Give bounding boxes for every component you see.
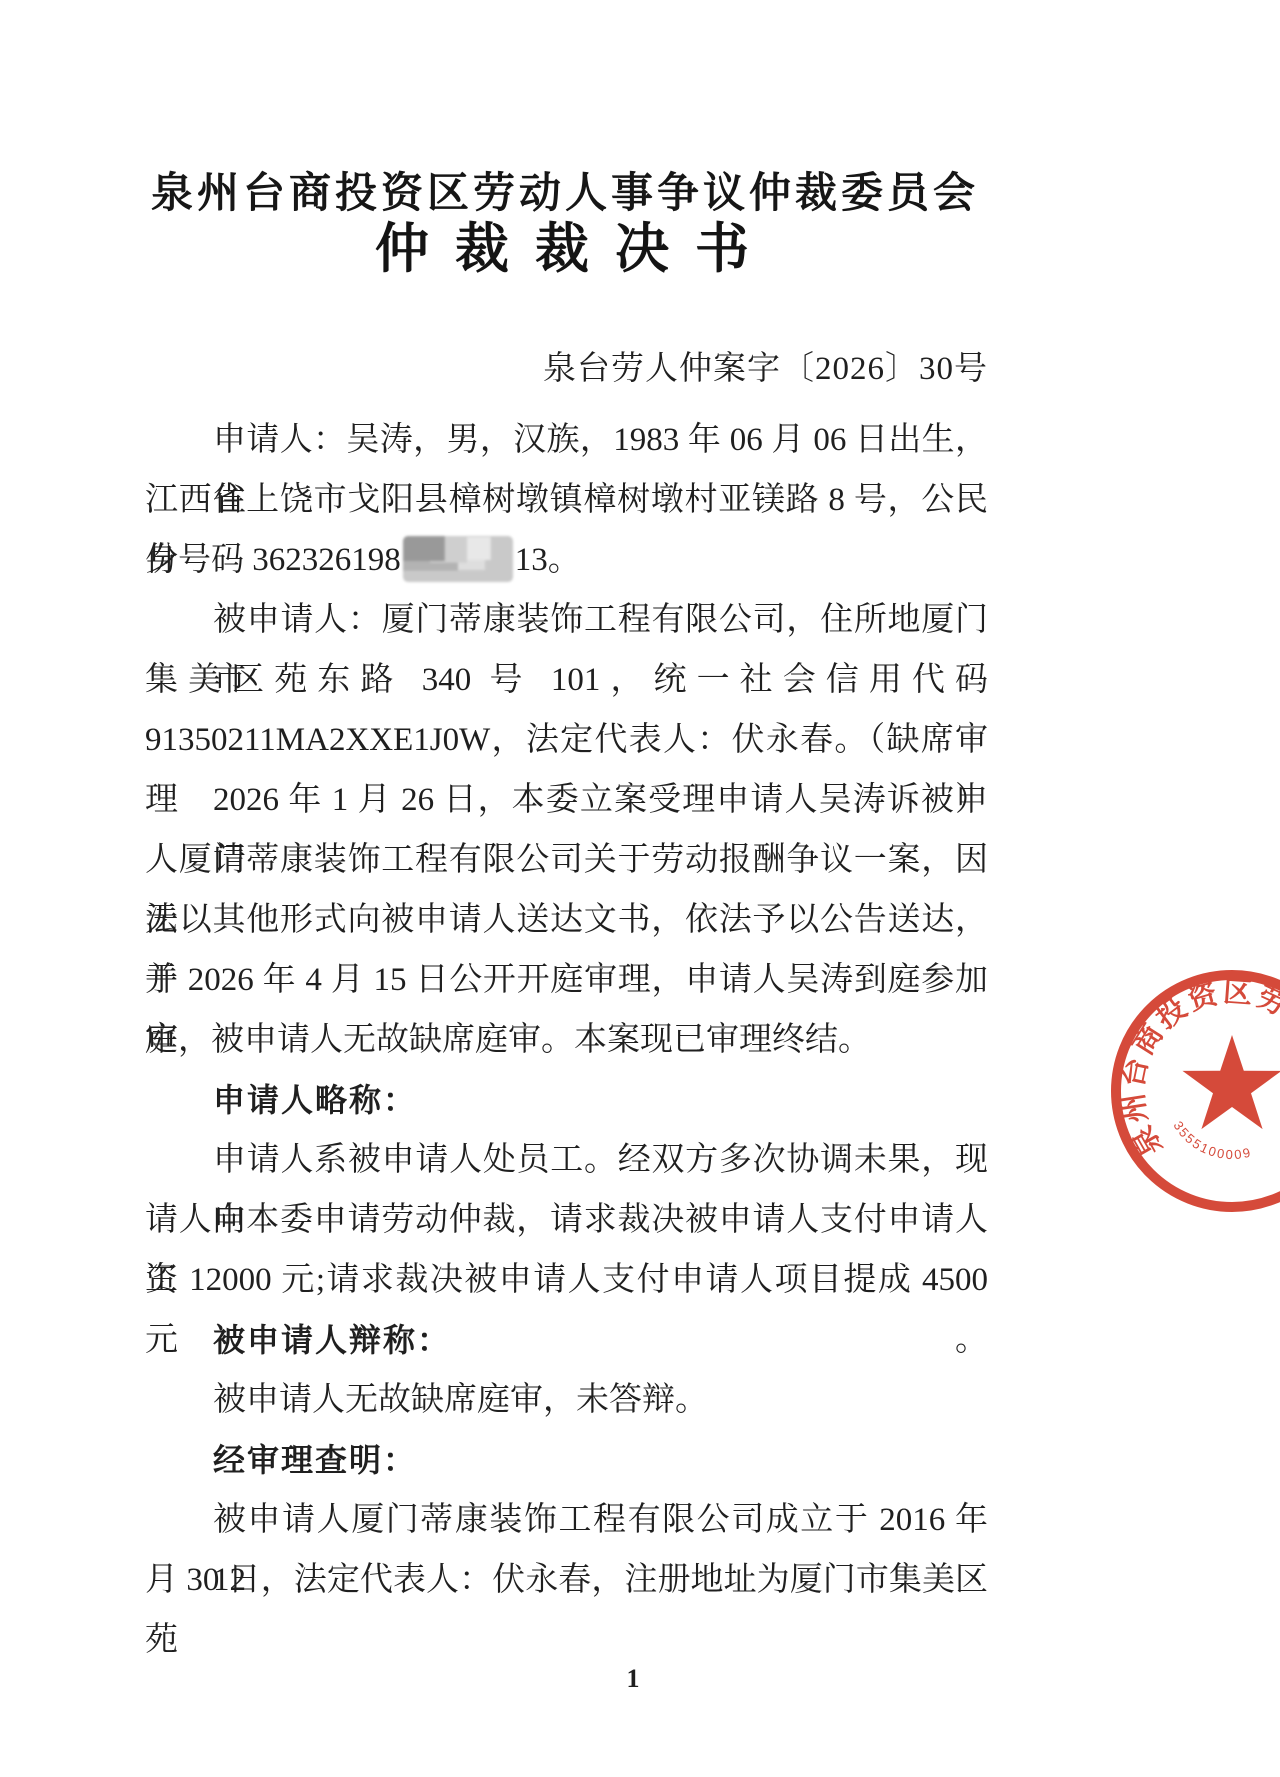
document-line: 申请人：吴涛，男，汉族，1983 年 06 月 06 日出生，住 xyxy=(145,410,988,470)
document-line: 被申请人：厦门蒂康装饰工程有限公司，住所地厦门市 xyxy=(145,590,988,650)
star-icon xyxy=(1183,1035,1280,1129)
document-line: 月 30 日，法定代表人：伏永春，注册地址为厦门市集美区苑 xyxy=(145,1550,988,1610)
section-heading: 被申请人辩称： xyxy=(145,1310,988,1370)
document-line: 申请人系被申请人处员工。经双方多次协调未果，现申 xyxy=(145,1130,988,1190)
document-line: 审，被申请人无故缺席庭审。本案现已审理终结。 xyxy=(145,1010,988,1070)
document-line: 于 2026 年 4 月 15 日公开开庭审理，申请人吴涛到庭参加庭 xyxy=(145,950,988,1010)
document-line: 集美区苑东路 340 号 101，统一社会信用代码 xyxy=(145,650,988,710)
document-line: 江西省上饶市戈阳县樟树墩镇樟树墩村亚镁路 8 号，公民身 xyxy=(145,470,988,530)
document-line: 法以其他形式向被申请人送达文书，依法予以公告送达，并 xyxy=(145,890,988,950)
section-heading: 申请人略称： xyxy=(145,1070,988,1130)
seal-code: 3555100009 xyxy=(1170,1118,1253,1162)
seal-ring-text: 泉州台商投资区劳动人事争 xyxy=(1116,975,1280,1162)
document-line: 资 12000 元;请求裁决被申请人支付申请人项目提成 4500 元。 xyxy=(145,1250,988,1310)
document-line: 请人向本委申请劳动仲裁，请求裁决被申请人支付申请人工 xyxy=(145,1190,988,1250)
document-line: 被申请人无故缺席庭审，未答辩。 xyxy=(145,1370,988,1430)
document-line: 人厦门蒂康装饰工程有限公司关于劳动报酬争议一案，因无 xyxy=(145,830,988,890)
document-line: 91350211MA2XXE1J0W，法定代表人：伏永春。（缺席审理） xyxy=(145,710,988,770)
document-body: 申请人：吴涛，男，汉族，1983 年 06 月 06 日出生，住江西省上饶市戈阳… xyxy=(145,0,988,1777)
document-line: 份号码 36232619813。 xyxy=(145,530,988,590)
official-seal: 泉州台商投资区劳动人事争 3555100009 xyxy=(1082,941,1280,1241)
document-line: 2026 年 1 月 26 日，本委立案受理申请人吴涛诉被申请 xyxy=(145,770,988,830)
page-number: 1 xyxy=(0,1664,1266,1694)
section-heading: 经审理查明： xyxy=(145,1430,988,1490)
document-page: 泉州台商投资区劳动人事争议仲裁委员会 仲裁裁决书 泉台劳人仲案字〔2026〕30… xyxy=(0,0,1280,1777)
redacted-id-number xyxy=(403,536,513,582)
document-line: 被申请人厦门蒂康装饰工程有限公司成立于 2016 年 12 xyxy=(145,1490,988,1550)
